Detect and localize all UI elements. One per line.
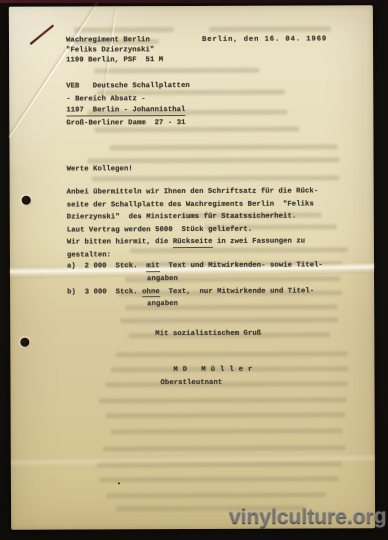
bleedthrough-line	[97, 461, 342, 467]
body-line: Wir bitten hiermit, die Rückseite in zwe…	[67, 238, 305, 248]
body-line: gestalten:	[67, 251, 111, 260]
paper-crease	[9, 2, 100, 138]
bleedthrough-line	[74, 27, 174, 32]
body-line: seite der Schallplatte des Wachregiments…	[67, 200, 314, 210]
sender-line: 1199 Berlin, PSF 51 M	[66, 56, 163, 65]
bleedthrough-line	[106, 492, 326, 498]
recipient-line: Groß-Berliner Damm 27 - 31	[66, 119, 185, 129]
bleedthrough-line	[111, 428, 343, 434]
pen-mark	[30, 24, 55, 45]
bleedthrough-line	[88, 157, 340, 163]
bleedthrough-line	[99, 476, 339, 482]
recipient-line: - Bereich Absatz -	[66, 95, 145, 104]
bleedthrough-line	[106, 412, 346, 418]
ink-speck	[118, 482, 120, 484]
salutation: Werte Kollegen!	[67, 165, 133, 174]
sender-line: Wachregiment Berlin	[66, 36, 150, 45]
document-page: Wachregiment Berlin "Feliks Dzierzynski"…	[9, 5, 375, 530]
bleedthrough-line	[115, 351, 347, 357]
recipient-line: VEB Deutsche Schallplatten	[66, 82, 190, 92]
signature-rank: Oberstleutnant	[160, 379, 222, 388]
punch-hole-bottom	[20, 338, 29, 347]
list-item-b: b) 3 000 Stck. ohne Text, nur Mitwirkend…	[67, 287, 314, 297]
body-line: Anbei übermitteln wir Ihnen den Schrifts…	[67, 187, 319, 197]
date-line: Berlin, den 16. 04. 1969	[202, 35, 327, 45]
watermark: vinylculture.org	[229, 505, 387, 529]
list-item-a-cont: angaben	[147, 275, 178, 284]
bleedthrough-line	[99, 397, 347, 403]
bleedthrough-line	[94, 68, 259, 74]
sender-line: "Feliks Dzierzynski"	[66, 46, 154, 55]
body-line: Dzierzynski" des Ministeriums für Staats…	[67, 213, 297, 223]
body-line: Laut Vertrag werden 5000 Stück geliefert…	[67, 225, 252, 235]
bleedthrough-layer	[9, 5, 373, 7]
bleedthrough-line	[106, 381, 348, 387]
bleedthrough-line	[103, 445, 346, 451]
bleedthrough-line	[120, 317, 338, 323]
bleedthrough-line	[209, 26, 331, 32]
bleedthrough-line	[109, 144, 337, 150]
photo-frame: Wachregiment Berlin "Feliks Dzierzynski"…	[0, 0, 388, 540]
signature-name: MD Müller	[173, 366, 257, 375]
recipient-line: 1197 Berlin - Johannisthal	[66, 106, 185, 116]
list-item-b-cont: angaben	[147, 300, 178, 309]
punch-hole-top	[22, 196, 31, 205]
closing-line: Mit sozialistischem Gruß	[155, 330, 261, 339]
bleedthrough-line	[130, 247, 348, 253]
bleedthrough-line	[92, 175, 340, 181]
list-item-a: a) 2 000 Stck. mit Text und Mitwirkenden…	[67, 261, 323, 271]
